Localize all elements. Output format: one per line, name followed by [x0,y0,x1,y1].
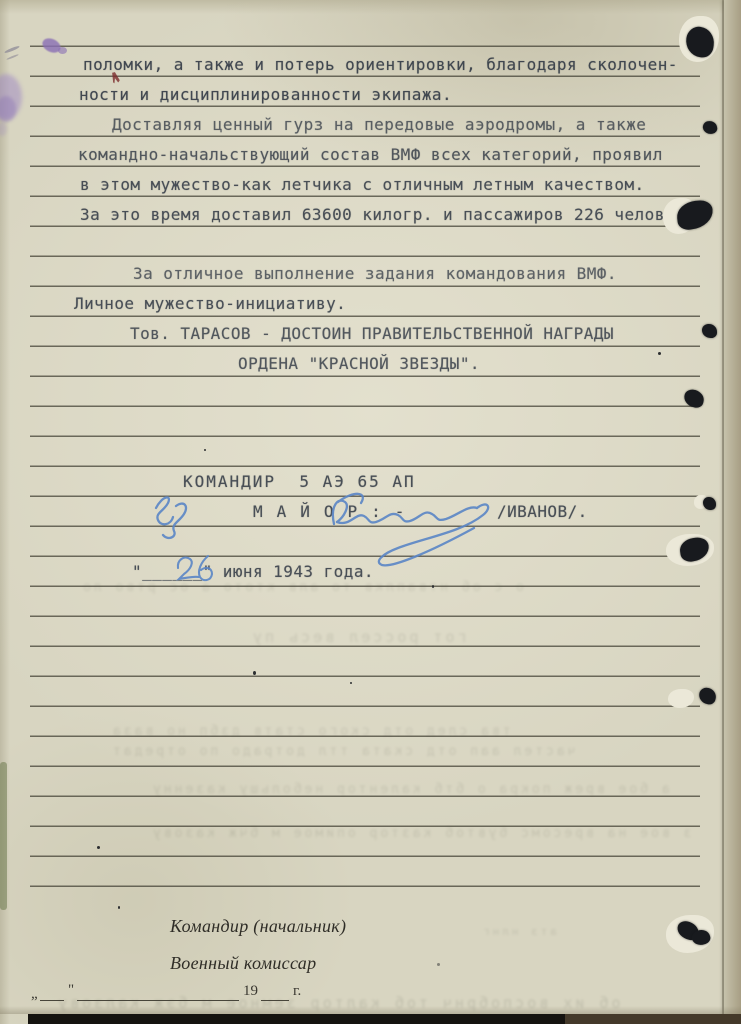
typed-line: За отличное выполнение задания командова… [133,264,617,283]
typed-line: Тов. ТАРАСОВ - ДОСТОИН ПРАВИТЕЛЬСТВЕННОЙ… [130,324,614,343]
bleedthrough-text: а бое вреж покра о бтб калентор небольшу… [150,782,670,797]
speck [437,963,440,966]
footer-close-quote: " [68,982,74,999]
speck [253,671,256,675]
typed-line: в этом мужество-как летчика с отличным л… [80,175,645,194]
bleedthrough-text: гот россел весь пу [250,628,467,646]
speck [118,906,120,909]
page-edge [0,1006,741,1014]
burn-hole [702,324,717,338]
typed-line: ОРДЕНА "КРАСНОЙ ЗВЕЗДЫ". [238,354,480,373]
bleedthrough-text: тва след отд ского статв дзбп но ваза [110,724,511,739]
ink-stain [58,47,67,54]
bleedthrough-text: о с об нтваплкв то алв ктото а ос ртво л… [80,580,524,595]
burn-hole [698,686,718,705]
footer-commander-label: Командир (начальник) [170,916,346,937]
commander-unit-line: КОМАНДИР 5 АЭ 65 АП [183,472,416,491]
handwritten-annotation [156,497,186,538]
pencil-tick [6,54,19,61]
burn-hole [703,497,716,510]
pencil-tick [4,45,20,54]
speck [97,846,100,849]
scan-background [28,1014,565,1024]
typed-line: Доставляя ценный гурз на передовые аэрод… [112,115,646,134]
ink-smudge [0,96,16,122]
typed-line: поломки, а также и потерь ориентировки, … [83,55,678,74]
footer-blank-line [261,1000,289,1001]
speck [350,682,352,684]
footer-year-suffix: г. [293,983,301,1000]
typed-line: ности и дисциплинированности экипажа. [79,85,452,104]
bleedthrough-text: частел аап отд ската ттл дотрадо по отре… [110,744,576,759]
footer-blank-line [77,1000,239,1001]
scanned-document-page: о с об нтваплкв то алв ктото а ос ртво л… [0,0,741,1024]
surname-typed: /ИВАНОВ/. [497,502,588,521]
page-edge [724,0,741,1024]
torn-paper [668,689,694,708]
footer-open-quote: „ [31,986,38,1003]
footer-commissar-label: Военный комиссар [170,953,316,974]
typed-line: За это время доставил 63600 килогр. и па… [80,205,695,224]
burn-hole [682,388,706,410]
footer-year-prefix: 19 [243,983,258,1000]
speck [204,449,206,451]
date-line: "______" июня 1943 года. [132,562,374,581]
footer-blank-line [40,1000,64,1001]
speck [432,585,434,588]
speck [658,352,661,355]
typed-line: командно-начальствующий состав ВМФ всех … [78,145,663,164]
rank-label: МАЙОР:- [253,502,418,521]
burn-hole [702,120,718,135]
ink-smudge [0,122,7,136]
bleedthrough-text: атз нлнг [480,925,557,938]
bleedthrough-text: з вое на вресомс бувтоб казтор опимое м … [150,826,691,841]
scan-background [0,762,7,910]
scan-background [565,1014,741,1024]
typed-line: Личное мужество-инициативу. [74,294,346,313]
